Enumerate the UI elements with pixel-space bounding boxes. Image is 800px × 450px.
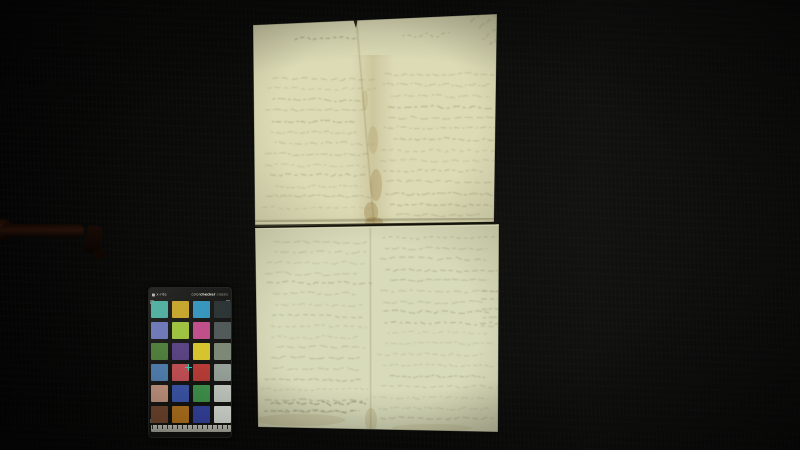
color-patch-r2c1 [151, 322, 168, 339]
color-patch-r1c4 [214, 301, 231, 318]
color-patch-r3c4 [214, 343, 231, 360]
color-patch-r2c2 [172, 322, 189, 339]
color-patch-r2c3 [193, 322, 210, 339]
color-patch-r4c3 [193, 364, 210, 381]
color-patch-r3c2 [172, 343, 189, 360]
color-patch-r4c1 [151, 364, 168, 381]
manuscript-document [0, 0, 800, 450]
cross-vertical [188, 364, 189, 371]
card-ruler [151, 425, 231, 432]
product-suffix: checker [200, 293, 215, 297]
ruler-ticks [152, 425, 230, 429]
color-patch-r4c4 [214, 364, 231, 381]
color-patch-r6c2 [172, 406, 189, 423]
color-patch-r3c1 [151, 343, 168, 360]
colorchecker-card: x-rite colorchecker classic [148, 287, 232, 438]
color-patch-r1c3 [193, 301, 210, 318]
color-patch-r6c4 [214, 406, 231, 423]
color-patch-r6c1 [151, 406, 168, 423]
color-patch-r1c1 [151, 301, 168, 318]
color-patch-r1c2 [172, 301, 189, 318]
photo-stage: x-rite colorchecker classic [0, 0, 800, 450]
paper-bottom-overlays [255, 224, 503, 432]
xrite-logo: x-rite [152, 293, 167, 297]
xrite-logo-mark [152, 293, 155, 296]
color-patch-r5c2 [172, 385, 189, 402]
color-patch-r2c4 [214, 322, 231, 339]
color-patch-r5c3 [193, 385, 210, 402]
product-prefix: color [191, 293, 200, 297]
colorchecker-header: x-rite colorchecker classic [152, 290, 228, 300]
product-variant: classic [216, 293, 228, 297]
color-patch-r6c3 [193, 406, 210, 423]
paper-top-overlays [253, 0, 525, 229]
xrite-brand-text: x-rite [156, 293, 166, 297]
colorchecker-title: colorchecker classic [191, 293, 228, 297]
center-cross-marker [185, 364, 192, 371]
color-patch-r5c1 [151, 385, 168, 402]
color-patch-grid [151, 301, 231, 423]
color-patch-r5c4 [214, 385, 231, 402]
color-patch-r3c3 [193, 343, 210, 360]
